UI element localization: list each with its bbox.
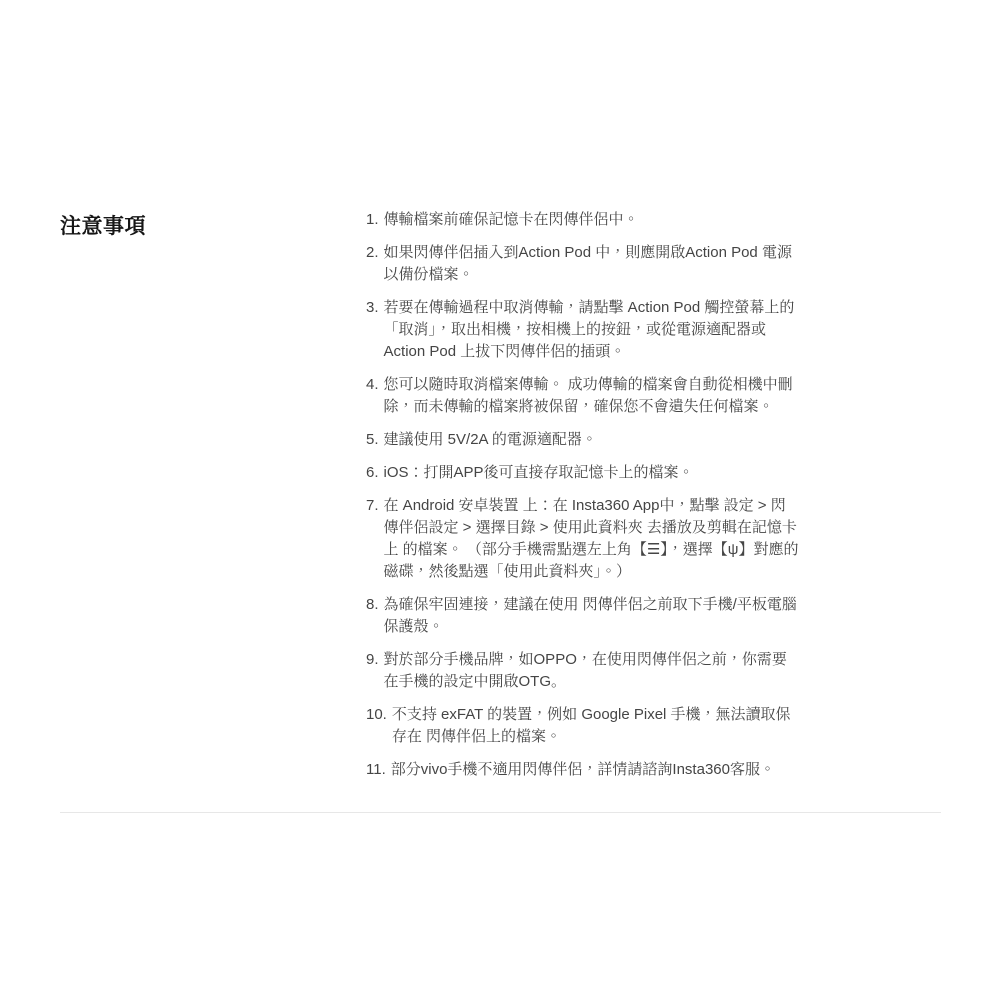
note-item: 3. 若要在傳輸過程中取消傳輸，請點擊 Action Pod 觸控螢幕上的「取消… [366, 297, 800, 363]
note-item: 11. 部分vivo手機不適用閃傳伴侶，詳情請諮詢Insta360客服。 [366, 759, 800, 781]
note-item-text: 在 Android 安卓裝置 上：在 Insta360 App中，點擊 設定 >… [384, 495, 800, 583]
note-item-number: 9. [366, 649, 379, 671]
note-item-text: 為確保牢固連接，建議在使用 閃傳伴侶之前取下手機/平板電腦保護殼。 [384, 594, 800, 638]
note-item-number: 5. [366, 429, 379, 451]
note-item-number: 2. [366, 242, 379, 264]
note-item: 1. 傳輸檔案前確保記憶卡在閃傳伴侶中。 [366, 209, 800, 231]
note-item-text: 部分vivo手機不適用閃傳伴侶，詳情請諮詢Insta360客服。 [391, 759, 800, 781]
note-item: 8. 為確保牢固連接，建議在使用 閃傳伴侶之前取下手機/平板電腦保護殼。 [366, 594, 800, 638]
note-item-number: 7. [366, 495, 379, 517]
page: 注意事項 1. 傳輸檔案前確保記憶卡在閃傳伴侶中。 2. 如果閃傳伴侶插入到Ac… [0, 0, 1000, 1000]
note-item-text: 如果閃傳伴侶插入到Action Pod 中，則應開啟Action Pod 電源以… [384, 242, 800, 286]
note-item-text: 您可以隨時取消檔案傳輸。 成功傳輸的檔案會自動從相機中刪除，而未傳輸的檔案將被保… [384, 374, 800, 418]
section-divider [60, 812, 941, 813]
note-item-number: 10. [366, 704, 387, 726]
note-item-text: iOS：打開APP後可直接存取記憶卡上的檔案。 [384, 462, 800, 484]
note-item-number: 3. [366, 297, 379, 319]
note-item-text: 若要在傳輸過程中取消傳輸，請點擊 Action Pod 觸控螢幕上的「取消」，取… [384, 297, 800, 363]
note-item: 5. 建議使用 5V/2A 的電源適配器。 [366, 429, 800, 451]
note-item-number: 1. [366, 209, 379, 231]
note-item-text: 建議使用 5V/2A 的電源適配器。 [384, 429, 800, 451]
note-item-number: 11. [366, 759, 386, 781]
note-item: 2. 如果閃傳伴侶插入到Action Pod 中，則應開啟Action Pod … [366, 242, 800, 286]
note-item-number: 6. [366, 462, 379, 484]
note-item: 4. 您可以隨時取消檔案傳輸。 成功傳輸的檔案會自動從相機中刪除，而未傳輸的檔案… [366, 374, 800, 418]
note-item: 7. 在 Android 安卓裝置 上：在 Insta360 App中，點擊 設… [366, 495, 800, 583]
note-item-number: 8. [366, 594, 379, 616]
notes-heading: 注意事項 [60, 212, 146, 242]
note-item-text: 傳輸檔案前確保記憶卡在閃傳伴侶中。 [384, 209, 800, 231]
notes-list: 1. 傳輸檔案前確保記憶卡在閃傳伴侶中。 2. 如果閃傳伴侶插入到Action … [366, 209, 800, 781]
note-item: 10. 不支持 exFAT 的裝置，例如 Google Pixel 手機，無法讀… [366, 704, 800, 748]
note-item: 6. iOS：打開APP後可直接存取記憶卡上的檔案。 [366, 462, 800, 484]
note-item: 9. 對於部分手機品牌，如OPPO，在使用閃傳伴侶之前，你需要在手機的設定中開啟… [366, 649, 800, 693]
note-item-text: 對於部分手機品牌，如OPPO，在使用閃傳伴侶之前，你需要在手機的設定中開啟OTG… [384, 649, 800, 693]
note-item-text: 不支持 exFAT 的裝置，例如 Google Pixel 手機，無法讀取保存在… [392, 704, 800, 748]
note-item-number: 4. [366, 374, 379, 396]
